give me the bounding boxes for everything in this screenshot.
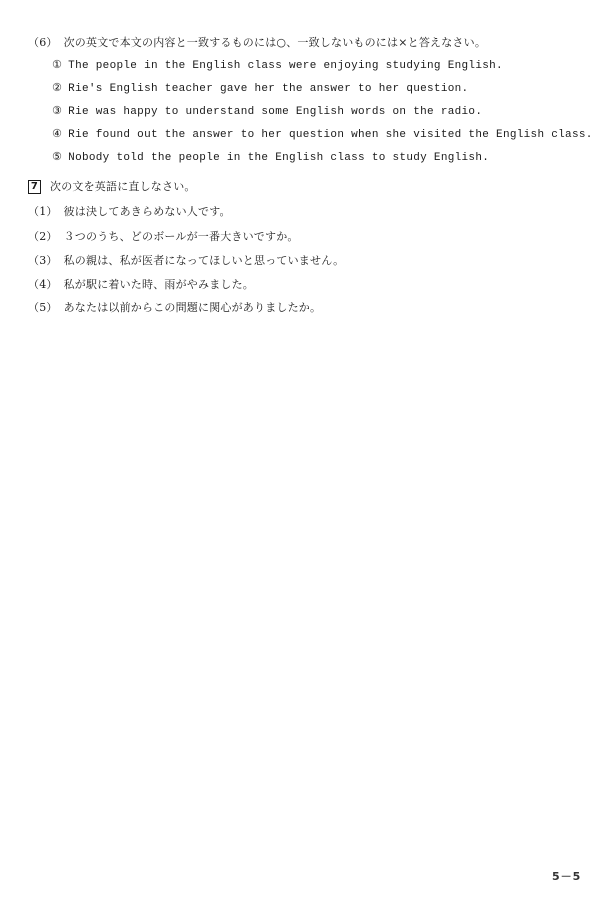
translation-item-2: （2）３つのうち、どのボールが一番大きいですか。	[28, 229, 299, 245]
translation-item-4: （4）私が駅に着いた時、雨がやみました。	[28, 277, 254, 293]
statement-2: ②Rie's English teacher gave her the answ…	[52, 80, 468, 97]
statement-1: ①The people in the English class were en…	[52, 57, 503, 74]
item-text: ３つのうち、どのボールが一番大きいですか。	[64, 230, 299, 243]
statement-marker: ⑤	[52, 149, 62, 165]
item-number: （4）	[28, 277, 58, 293]
statement-text: The people in the English class were enj…	[68, 60, 503, 72]
question-6-heading: （6）次の英文で本文の内容と一致するものには○、一致しないものには×と答えなさい…	[28, 35, 486, 51]
item-text: 彼は決してあきらめない人です。	[64, 205, 231, 218]
item-number: （5）	[28, 300, 58, 316]
statement-4: ④Rie found out the answer to her questio…	[52, 126, 593, 143]
statement-marker: ④	[52, 126, 62, 142]
statement-marker: ②	[52, 80, 62, 96]
item-text: あなたは以前からこの問題に関心がありましたか。	[64, 301, 322, 314]
statement-text: Nobody told the people in the English cl…	[68, 152, 489, 164]
statement-marker: ①	[52, 57, 62, 73]
item-text: 私の親は、私が医者になってほしいと思っていません。	[64, 254, 345, 267]
item-number: （1）	[28, 204, 58, 220]
translation-item-1: （1）彼は決してあきらめない人です。	[28, 204, 231, 220]
statement-text: Rie's English teacher gave her the answe…	[68, 83, 468, 95]
statement-3: ③Rie was happy to understand some Englis…	[52, 103, 482, 120]
statement-5: ⑤Nobody told the people in the English c…	[52, 149, 489, 166]
item-number: （2）	[28, 229, 58, 245]
statement-marker: ③	[52, 103, 62, 119]
question-6-number: （6）	[28, 35, 58, 51]
page-number: 5－5	[552, 868, 581, 884]
statement-text: Rie found out the answer to her question…	[68, 129, 592, 141]
item-number: （3）	[28, 253, 58, 269]
question-6-instruction: 次の英文で本文の内容と一致するものには○、一致しないものには×と答えなさい。	[64, 36, 486, 49]
translation-item-5: （5）あなたは以前からこの問題に関心がありましたか。	[28, 300, 321, 316]
section-7-instruction: 次の文を英語に直しなさい。	[50, 180, 196, 193]
translation-item-3: （3）私の親は、私が医者になってほしいと思っていません。	[28, 253, 344, 269]
item-text: 私が駅に着いた時、雨がやみました。	[64, 278, 254, 291]
section-7-heading: 7次の文を英語に直しなさい。	[28, 179, 196, 195]
section-7-number-box: 7	[28, 180, 41, 194]
statement-text: Rie was happy to understand some English…	[68, 106, 482, 118]
